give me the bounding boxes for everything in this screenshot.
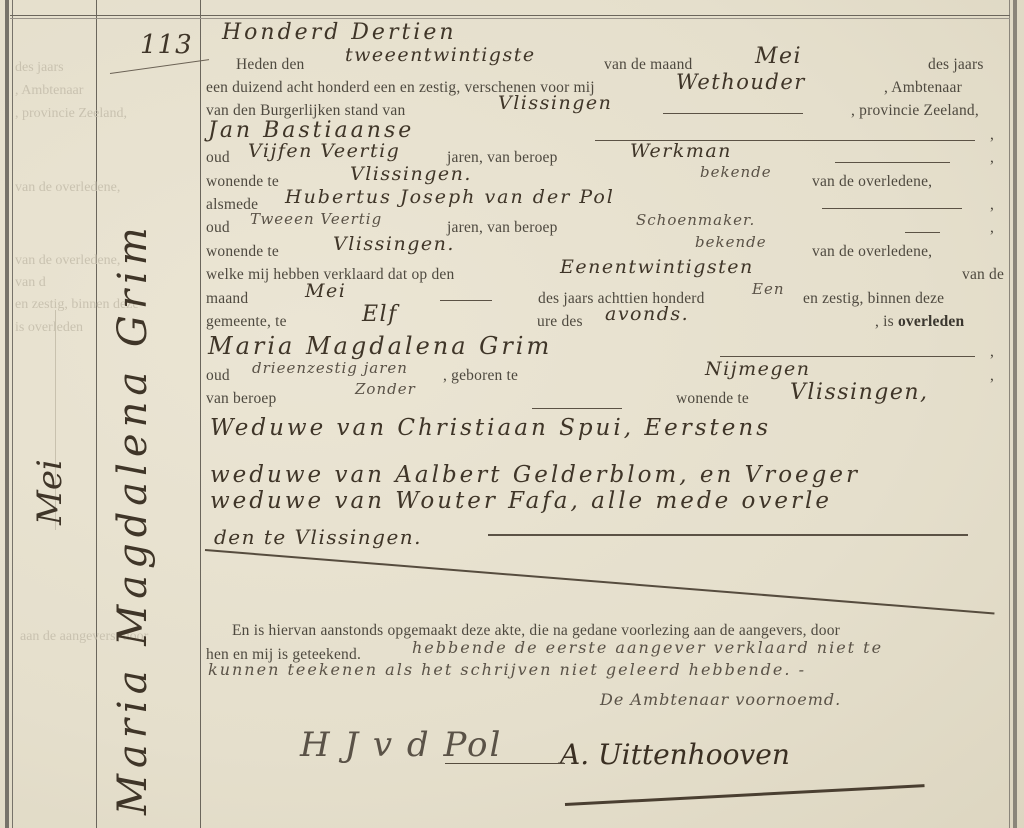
printed-text: van de overledene, [812, 173, 932, 191]
printed-text: wonende te [206, 243, 279, 261]
printed-text: ure des [537, 313, 583, 331]
handwritten-remarks-line-3: weduwe van Wouter Fafa, alle mede overle [210, 488, 832, 514]
printed-text: en zestig, binnen deze [803, 290, 944, 308]
printed-text-bold: overleden [898, 313, 964, 330]
printed-text: , Ambtenaar [884, 79, 962, 97]
printed-text: jaren, van beroep [447, 219, 558, 237]
handwritten-remarks-line-1: Weduwe van Christiaan Spui, Eerstens [210, 415, 771, 441]
signature-official: A. Uittenhooven [560, 738, 790, 771]
handwritten-time-of-day: avonds. [605, 303, 689, 325]
printed-text: wonende te [206, 173, 279, 191]
printed-text: , is [875, 313, 894, 330]
printed-text: , geboren te [443, 367, 518, 385]
page-border-left [5, 0, 9, 828]
handwritten-closing-note-2: kunnen teekenen als het schrijven niet g… [208, 660, 806, 679]
printed-text: , [990, 343, 994, 361]
printed-text: van de overledene, [812, 243, 932, 261]
record-number-underline [110, 59, 209, 74]
handwritten-deceased-residence: Vlissingen, [790, 380, 929, 405]
fill-line [440, 300, 492, 301]
handwritten-death-month: Mei [305, 280, 346, 302]
margin-deceased-name: Maria Magdalena Grim [110, 221, 156, 815]
margin-divider-1 [96, 0, 97, 828]
fill-line [720, 356, 975, 357]
handwritten-deceased-age: drieenzestig jaren [252, 359, 408, 377]
margin-month: Mei [30, 459, 70, 525]
handwritten-closing-note-1: hebbende de eerste aangever verklaard ni… [412, 638, 883, 657]
bleed-text: is overleden [15, 320, 83, 336]
fill-line [663, 113, 803, 114]
printed-text: , [990, 149, 994, 167]
fill-line [822, 208, 962, 209]
printed-text: des jaars [928, 56, 984, 74]
fill-line [532, 408, 622, 409]
bleed-text: van de overledene, [15, 253, 120, 269]
handwritten-occupation-1: Werkman [630, 140, 732, 162]
printed-text: wonende te [676, 390, 749, 408]
handwritten-birthplace: Nijmegen [705, 358, 811, 380]
printed-text: , [990, 219, 994, 237]
signature-strike [445, 763, 565, 764]
handwritten-month: Mei [755, 44, 802, 69]
handwritten-deceased-occupation: Zonder [355, 380, 416, 398]
handwritten-deceased-name: Maria Magdalena Grim [208, 332, 552, 360]
handwritten-informant-2: Hubertus Joseph van der Pol [285, 186, 615, 208]
top-rule [10, 15, 1010, 16]
page-border-right [1013, 0, 1017, 828]
handwritten-municipality: Vlissingen [498, 92, 612, 114]
bleed-text: van d [15, 275, 46, 291]
bleed-text: des jaars [15, 60, 64, 76]
record-number: 113 [140, 30, 193, 60]
printed-text: , [990, 126, 994, 144]
handwritten-residence-2: Vlissingen. [333, 233, 455, 255]
printed-text: , [990, 367, 994, 385]
closing-diagonal-stroke [205, 549, 995, 615]
printed-text: Heden den [236, 56, 305, 74]
handwritten-death-day: Eenentwintigsten [560, 256, 754, 278]
handwritten-official-caption: De Ambtenaar voornoemd. [600, 690, 841, 709]
top-rule-2 [10, 18, 1010, 19]
handwritten-occupation-2: Schoenmaker. [636, 211, 755, 229]
handwritten-relation-2: bekende [695, 233, 767, 251]
handwritten-official-title: Wethouder [676, 70, 806, 94]
handwritten-day: tweeentwintigste [345, 44, 536, 66]
handwritten-age-2: Tweeen Veertig [250, 210, 382, 228]
bleed-text: , provincie Zeeland, [15, 106, 127, 122]
printed-text: oud [206, 149, 230, 167]
handwritten-remarks-line-4: den te Vlissingen. [214, 525, 422, 549]
handwritten-residence-1: Vlissingen. [350, 163, 472, 185]
signature-flourish [565, 784, 925, 806]
printed-text: oud [206, 219, 230, 237]
printed-text: oud [206, 367, 230, 385]
signature-witness: H J v d Pol [300, 725, 502, 765]
printed-text: gemeente, te [206, 313, 287, 331]
handwritten-relation-1: bekende [700, 163, 772, 181]
fill-line [835, 162, 950, 163]
record-number-words: Honderd Dertien [222, 20, 457, 45]
handwritten-death-hour: Elf [362, 302, 398, 327]
bleed-text: , Ambtenaar [15, 83, 83, 99]
printed-text: , provincie Zeeland, [851, 102, 979, 120]
handwritten-remarks-line-2: weduwe van Aalbert Gelderblom, en Vroege… [210, 462, 860, 488]
printed-text: van de [962, 266, 1004, 284]
handwritten-death-year: Een [752, 280, 785, 298]
fill-line [488, 534, 968, 536]
bleed-text: van de overledene, [15, 180, 120, 196]
printed-text: , [990, 196, 994, 214]
fill-line [905, 232, 940, 233]
margin-divider-2 [200, 0, 201, 828]
page-border-right-inner [1009, 0, 1010, 828]
handwritten-age-1: Vijfen Veertig [248, 140, 400, 162]
printed-text: van beroep [206, 390, 276, 408]
printed-text: maand [206, 290, 248, 308]
page-border-left-inner [12, 0, 13, 828]
